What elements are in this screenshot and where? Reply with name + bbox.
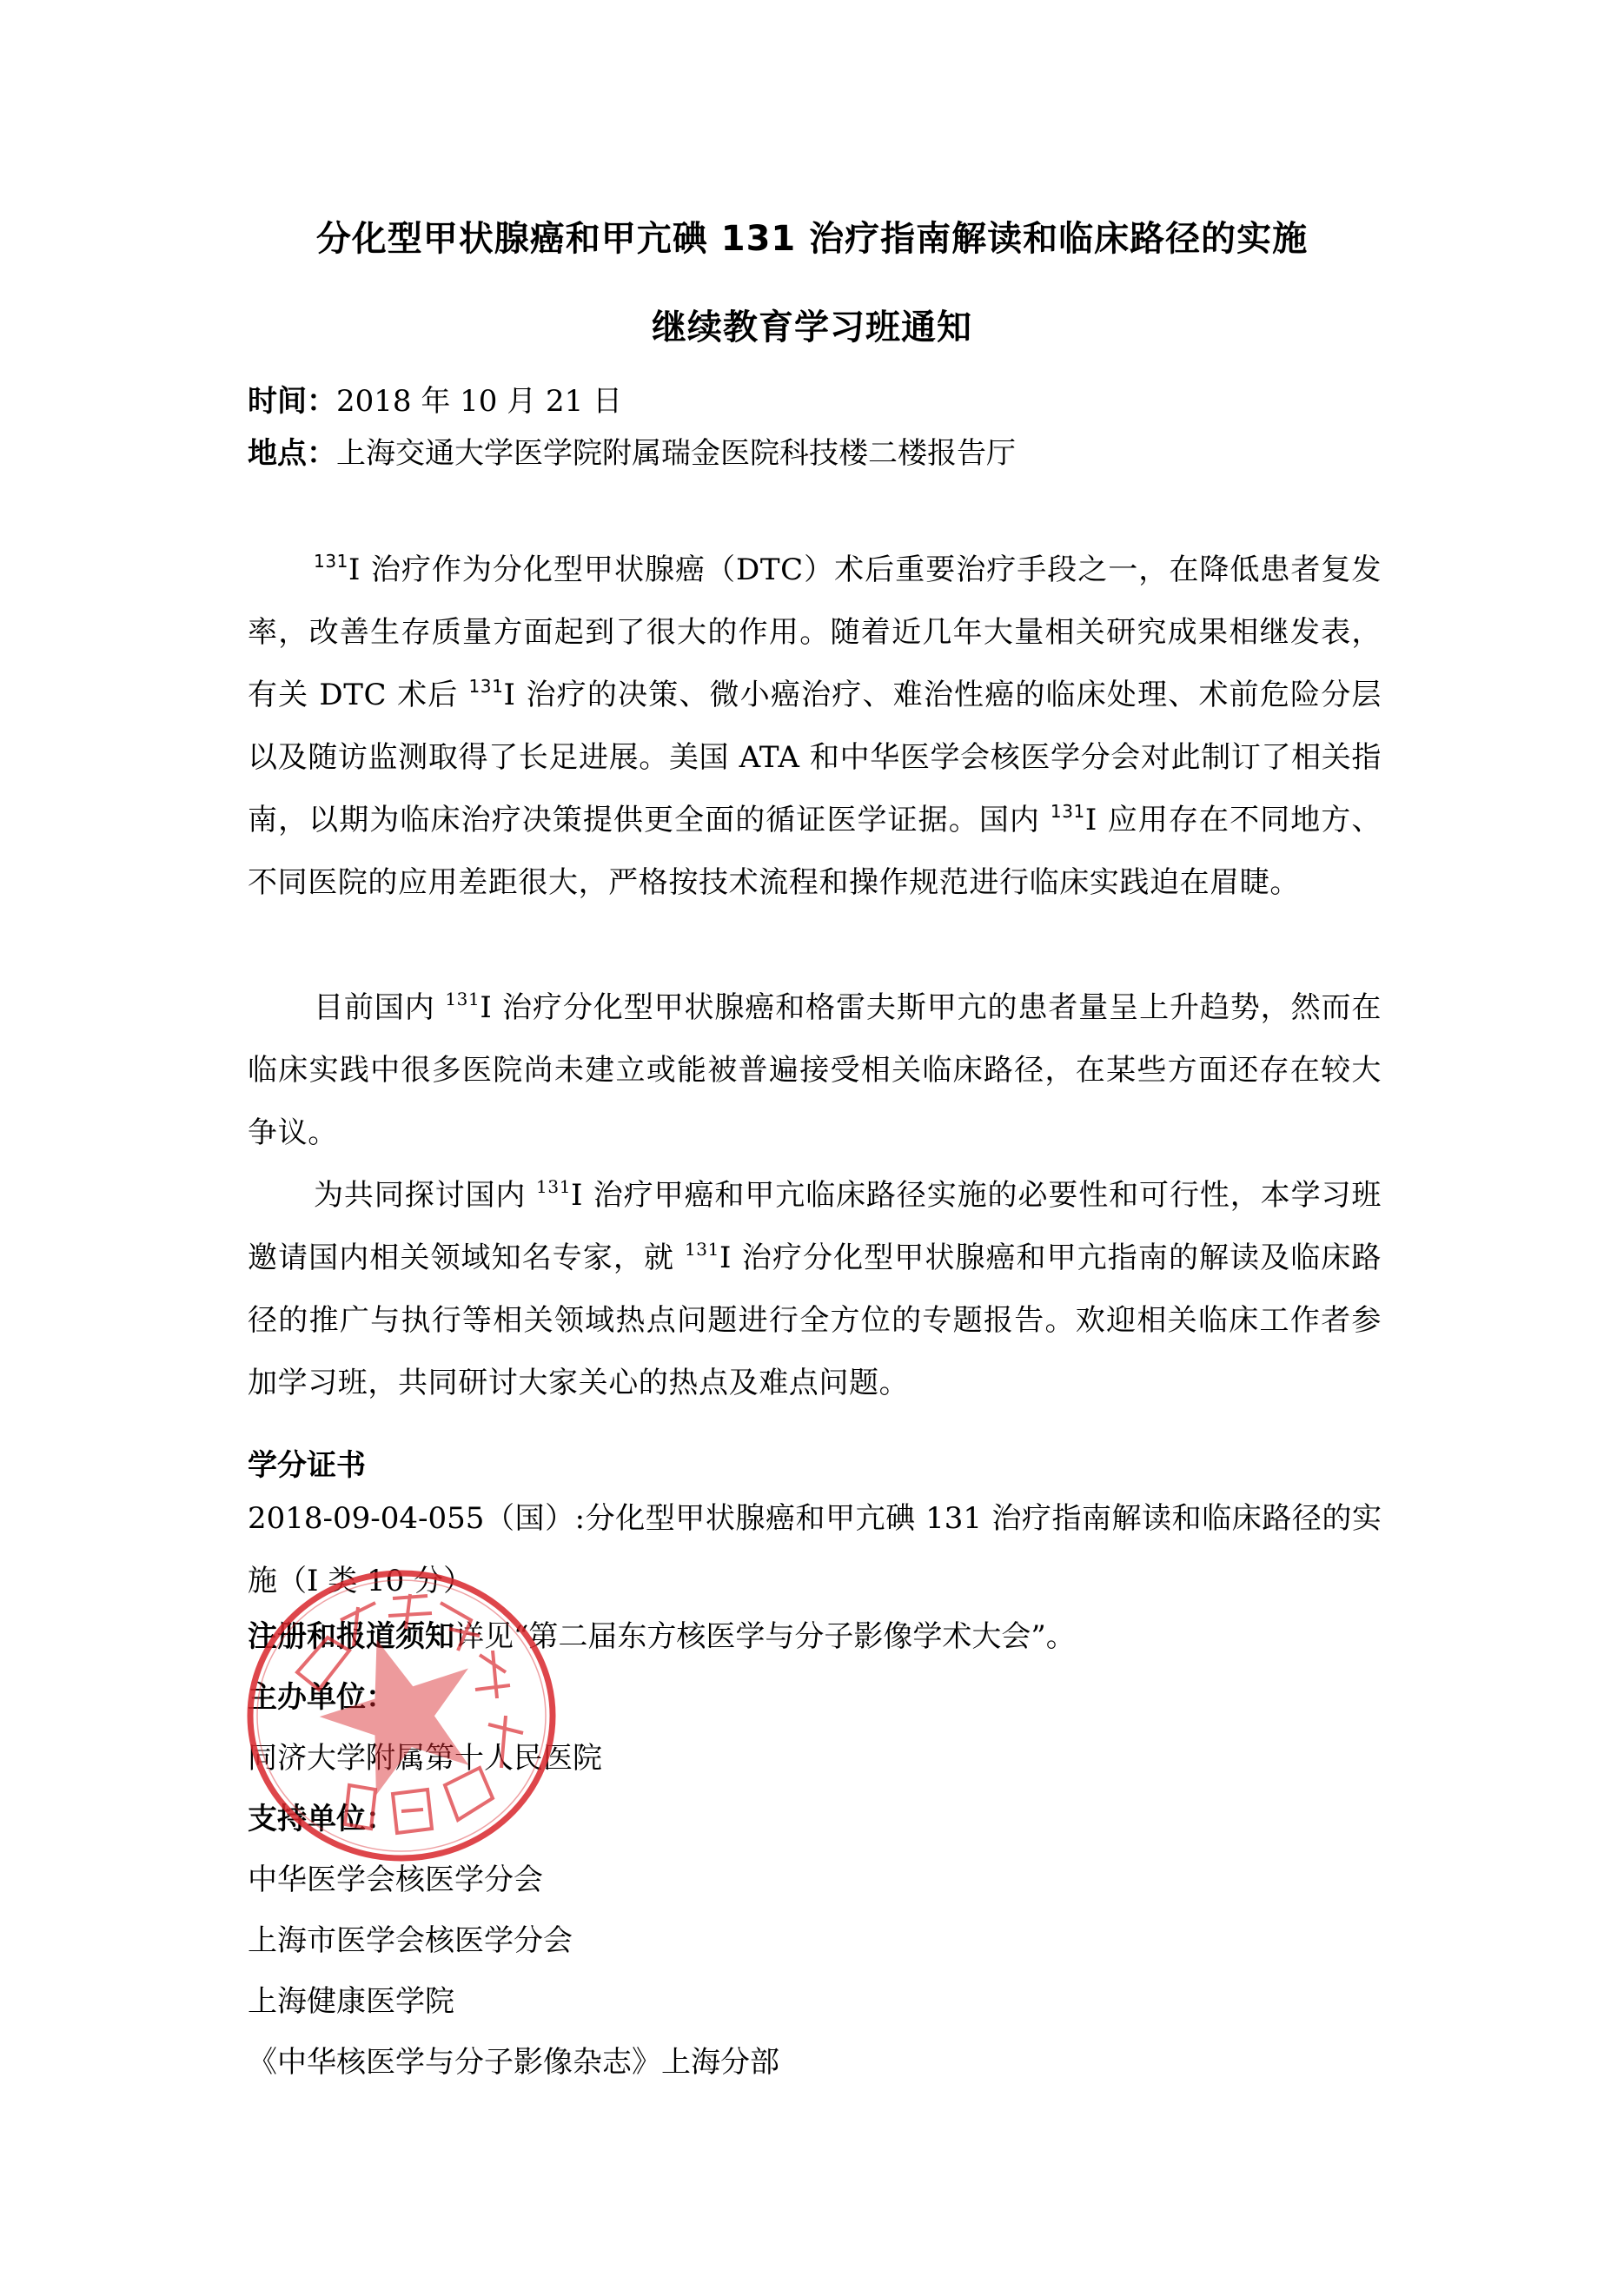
isotope-superscript: 131 bbox=[536, 1176, 571, 1197]
paragraph-purpose: 为共同探讨国内 131I 治疗甲癌和甲亢临床路径实施的必要性和可行性，本学习班邀… bbox=[248, 1164, 1382, 1414]
paragraph-current-status: 目前国内 131I 治疗分化型甲状腺癌和格雷夫斯甲亢的患者量呈上升趋势，然而在临… bbox=[248, 976, 1382, 1164]
location-label: 地点： bbox=[248, 436, 336, 471]
location-value: 上海交通大学医学院附属瑞金医院科技楼二楼报告厅 bbox=[336, 436, 1016, 471]
time-row: 时间：2018 年 10 月 21 日 bbox=[248, 382, 622, 420]
paragraph-intro: 131I 治疗作为分化型甲状腺癌（DTC）术后重要治疗手段之一，在降低患者复发率… bbox=[248, 539, 1382, 914]
registration-row: 注册和报道须知详见“第二届东方核医学与分子影像学术大会”。 bbox=[248, 1618, 1076, 1656]
document-page: 分化型甲状腺癌和甲亢碘 131 治疗指南解读和临床路径的实施 继续教育学习班通知… bbox=[0, 0, 1624, 2296]
isotope-superscript: 131 bbox=[1051, 801, 1085, 822]
organizer-heading: 主办单位： bbox=[248, 1678, 395, 1717]
supporter-item: 上海健康医学院 bbox=[248, 1982, 454, 2021]
isotope-superscript: 131 bbox=[314, 551, 348, 572]
isotope-superscript: 131 bbox=[685, 1239, 719, 1260]
document-title: 分化型甲状腺癌和甲亢碘 131 治疗指南解读和临床路径的实施 bbox=[0, 217, 1624, 261]
credit-heading: 学分证书 bbox=[248, 1446, 366, 1485]
credit-text: 2018-09-04-055（国）:分化型甲状腺癌和甲亢碘 131 治疗指南解读… bbox=[248, 1487, 1382, 1612]
supporter-item: 《中华核医学与分子影像杂志》上海分部 bbox=[248, 2043, 779, 2081]
registration-label: 注册和报道须知 bbox=[248, 1619, 454, 1654]
isotope-superscript: 131 bbox=[468, 676, 503, 697]
location-row: 地点：上海交通大学医学院附属瑞金医院科技楼二楼报告厅 bbox=[248, 434, 1016, 473]
document-subtitle: 继续教育学习班通知 bbox=[0, 306, 1624, 349]
supporter-item: 中华医学会核医学分会 bbox=[248, 1861, 543, 1899]
time-label: 时间： bbox=[248, 384, 336, 419]
organizer-item: 同济大学附属第十人民医院 bbox=[248, 1739, 602, 1777]
time-value: 2018 年 10 月 21 日 bbox=[336, 384, 622, 419]
isotope-superscript: 131 bbox=[445, 989, 480, 1009]
registration-text: 详见“第二届东方核医学与分子影像学术大会”。 bbox=[454, 1619, 1076, 1654]
supporter-item: 上海市医学会核医学分会 bbox=[248, 1922, 573, 1960]
supporters-heading: 支持单位： bbox=[248, 1800, 395, 1838]
